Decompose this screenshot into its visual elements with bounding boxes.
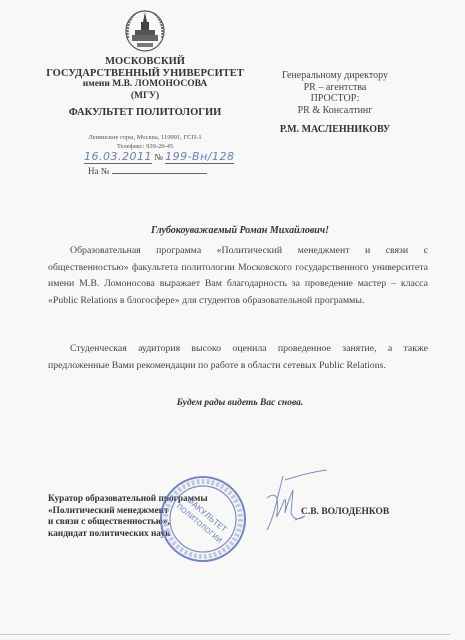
university-line-3: имени М.В. ЛОМОНОСОВА <box>40 79 250 91</box>
paragraph-2: Студенческая аудитория высоко оценила пр… <box>48 341 428 374</box>
signatory-name: С.В. ВОЛОДЕНКОВ <box>301 507 389 517</box>
msu-emblem-icon <box>123 8 167 54</box>
addressee-line-4: PR & Консалтинг <box>250 105 420 117</box>
reference-blank <box>112 164 207 174</box>
handwritten-signature-icon <box>255 468 330 543</box>
paragraph-1: Образовательная программа «Политический … <box>48 243 428 309</box>
reference-label: На № <box>88 166 109 176</box>
university-name: МОСКОВСКИЙ ГОСУДАРСТВЕННЫЙ УНИВЕРСИТЕТ и… <box>40 56 250 102</box>
addressee-block: Генеральному директору PR – агентства ПР… <box>250 70 420 116</box>
reference-line: На № <box>88 164 218 176</box>
address-block: Ленинские горы, Москва, 119991, ГСП-1 Те… <box>55 133 235 151</box>
addressee-name: Р.М. МАСЛЕННИКОВУ <box>250 124 420 135</box>
faculty-name: ФАКУЛЬТЕТ ПОЛИТОЛОГИИ <box>40 107 250 118</box>
registration-date: 16.03.2011 <box>84 150 152 164</box>
page-edge-divider <box>0 634 450 635</box>
registration-line: 16.03.2011 № 199-Вн/128 <box>84 150 244 164</box>
university-line-1: МОСКОВСКИЙ <box>40 56 250 68</box>
addressee-line-3: ПРОСТОР: <box>250 93 420 105</box>
closing: Будем рады видеть Вас снова. <box>40 398 440 408</box>
salutation: Глубокоуважаемый Роман Михайлович! <box>40 225 440 236</box>
university-line-4: (МГУ) <box>40 91 250 103</box>
addressee-line-2: PR – агентства <box>250 82 420 94</box>
address: Ленинские горы, Москва, 119991, ГСП-1 <box>55 133 235 142</box>
number-label: № <box>154 152 163 162</box>
faculty-stamp-icon: ФАКУЛЬТЕТ ПОЛИТОЛОГИИ <box>158 474 248 564</box>
addressee-line-1: Генеральному директору <box>250 70 420 82</box>
registration-number: 199-Вн/128 <box>165 150 234 164</box>
university-line-2: ГОСУДАРСТВЕННЫЙ УНИВЕРСИТЕТ <box>40 68 250 80</box>
letter-page: МОСКОВСКИЙ ГОСУДАРСТВЕННЫЙ УНИВЕРСИТЕТ и… <box>0 0 465 640</box>
